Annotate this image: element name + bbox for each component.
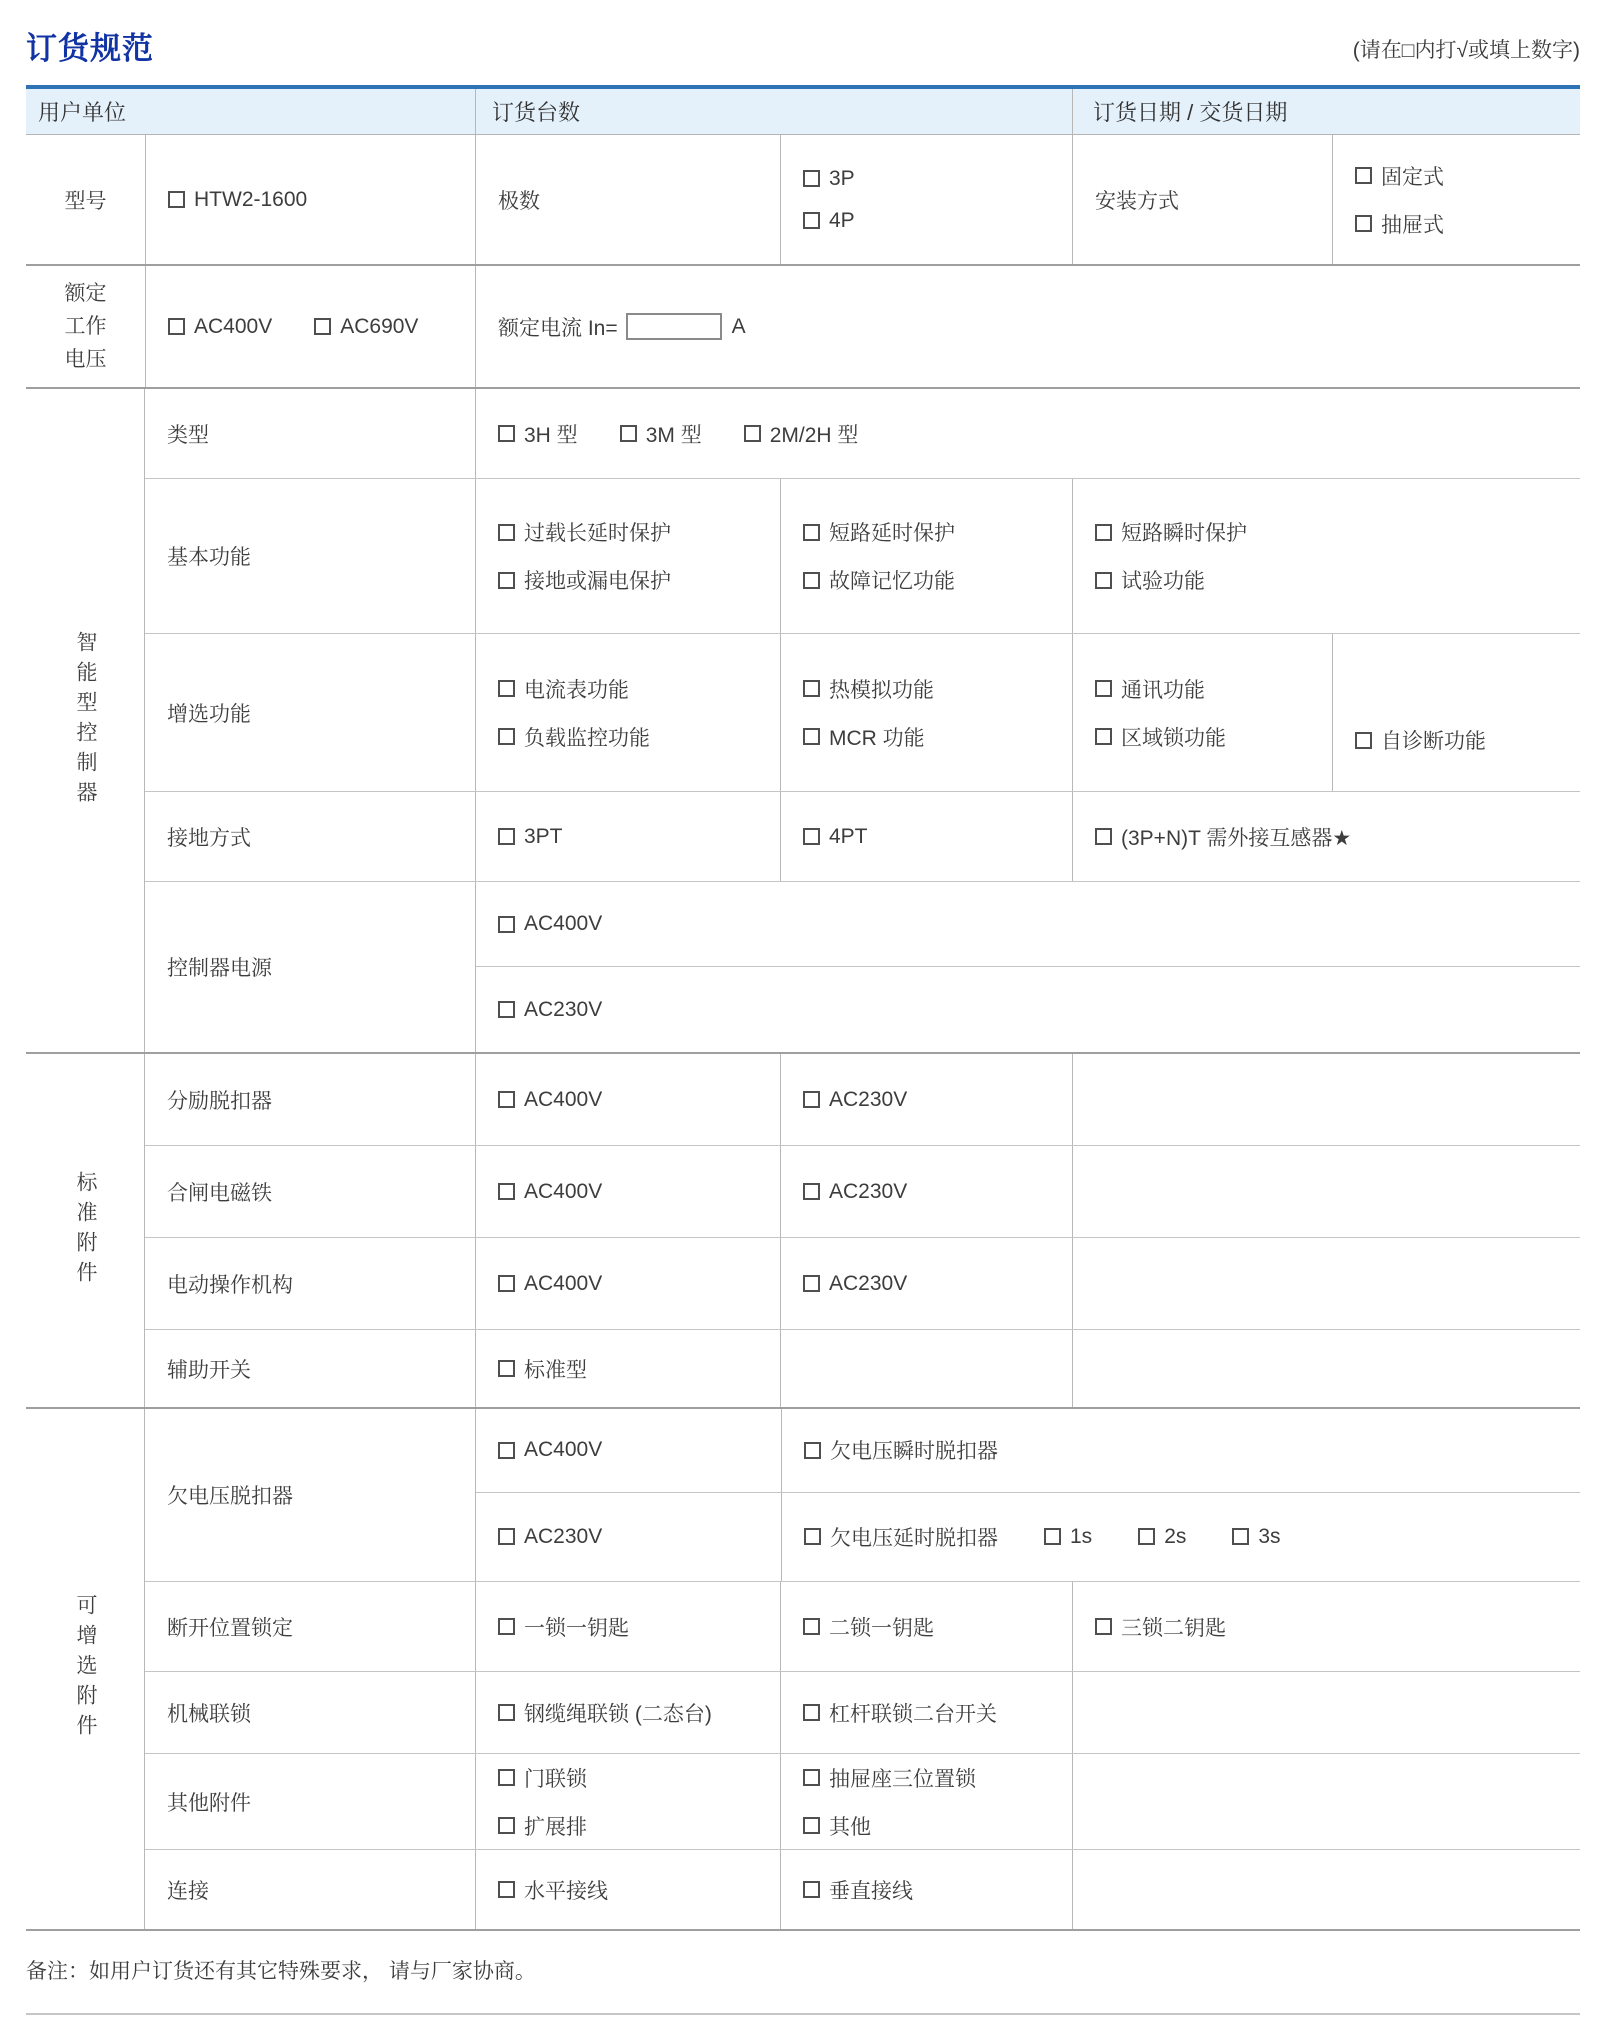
- table-header-row: 用户单位 订货台数 订货日期 / 交货日期: [26, 89, 1580, 135]
- option-overload-longdelay[interactable]: 过载长延时保护: [498, 517, 780, 547]
- checkbox[interactable]: [804, 1442, 821, 1459]
- option-cable-interlock[interactable]: 钢缆绳联锁 (二态台): [498, 1698, 780, 1728]
- option-label: 4P: [829, 209, 855, 233]
- lock-label: 断开位置锁定: [167, 1612, 475, 1642]
- grounding-label: 接地方式: [167, 822, 475, 852]
- model-label: 型号: [65, 185, 107, 215]
- cell-connection-col1: 水平接线: [475, 1850, 780, 1929]
- option-label: AC230V: [829, 1272, 907, 1296]
- option-label: 3M 型: [646, 419, 702, 449]
- cell-type-options: 3H 型 3M 型 2M/2H 型: [475, 389, 1580, 478]
- row-label: 辅助开关: [167, 1354, 475, 1384]
- option-label: 2s: [1164, 1525, 1186, 1549]
- cell-optional-col3: 通讯功能 区域锁功能: [1072, 634, 1332, 791]
- power-subrow-ac230v: AC230V: [476, 967, 1580, 1052]
- cell-interlock-col1: 钢缆绳联锁 (二态台): [475, 1672, 780, 1753]
- cell-basic-col1: 过载长延时保护 接地或漏电保护: [475, 479, 780, 633]
- option-label: 自诊断功能: [1381, 725, 1486, 755]
- option-communication[interactable]: 通讯功能: [1095, 674, 1332, 704]
- rated-current-input[interactable]: [626, 313, 722, 340]
- cell-opt-ac230v: AC230V: [780, 1238, 1072, 1329]
- row-controller-type: 类型 3H 型 3M 型: [145, 389, 1580, 479]
- checkbox[interactable]: [498, 680, 515, 697]
- cell-other-col2: 抽屉座三位置锁 其他: [780, 1754, 1072, 1849]
- cell-empty: [1072, 1146, 1580, 1237]
- cell-power-ac230v: AC230V: [476, 967, 1580, 1052]
- checkbox[interactable]: [498, 1091, 515, 1108]
- option-uv-ac230v[interactable]: AC230V: [498, 1525, 781, 1549]
- option-label: 其他: [829, 1811, 871, 1841]
- checkbox[interactable]: [804, 1528, 821, 1545]
- cell-uv-delay: 欠电压延时脱扣器 1s 2s: [781, 1493, 1580, 1581]
- cell-empty: [1072, 1850, 1580, 1929]
- option-label: AC400V: [524, 1272, 602, 1296]
- row-other-accessories: 其他附件 门联锁 扩展排: [145, 1754, 1580, 1850]
- option-ac690v[interactable]: AC690V: [314, 315, 418, 339]
- option-uv-ac400v[interactable]: AC400V: [498, 1438, 781, 1462]
- cell-uv-ac230v: AC230V: [476, 1493, 781, 1581]
- poles-label: 极数: [498, 185, 780, 215]
- cell-uv-label: 欠电压脱扣器: [145, 1409, 475, 1581]
- option-ac400v[interactable]: AC400V: [498, 1088, 780, 1112]
- option-label: 负载监控功能: [524, 722, 650, 752]
- power-label: 控制器电源: [167, 952, 475, 982]
- option-label: 抽屉座三位置锁: [829, 1763, 976, 1793]
- checkbox[interactable]: [803, 1769, 820, 1786]
- type-label: 类型: [167, 419, 475, 449]
- cell-type-label: 类型: [145, 389, 475, 478]
- option-delay-1s[interactable]: 1s: [1044, 1525, 1092, 1549]
- option-lever-interlock[interactable]: 杠杆联锁二台开关: [803, 1698, 1072, 1728]
- uv-label: 欠电压脱扣器: [167, 1480, 475, 1510]
- option-uv-instant[interactable]: 欠电压瞬时脱扣器: [804, 1435, 1580, 1465]
- option-label: 垂直接线: [829, 1875, 913, 1905]
- uv-delay-options: 欠电压延时脱扣器 1s 2s: [804, 1522, 1580, 1552]
- cell-optional-col4: 自诊断功能: [1332, 634, 1580, 791]
- cell-grounding-col1: 3PT: [475, 792, 780, 881]
- option-label: AC690V: [340, 315, 418, 339]
- section-controller-label-cell: 智能型控制器: [26, 389, 145, 1052]
- option-4p[interactable]: 4P: [803, 209, 1072, 233]
- option-label: 水平接线: [524, 1875, 608, 1905]
- checkbox[interactable]: [1095, 680, 1112, 697]
- option-horizontal-wiring[interactable]: 水平接线: [498, 1875, 780, 1905]
- checkbox[interactable]: [803, 1618, 820, 1635]
- option-label: 3PT: [524, 825, 563, 849]
- option-label: 3s: [1258, 1525, 1280, 1549]
- cell-poles-options: 3P 4P: [780, 135, 1072, 264]
- row-grounding: 接地方式 3PT 4PT: [145, 792, 1580, 882]
- option-ac230v[interactable]: AC230V: [803, 1272, 1072, 1296]
- header-dates: 订货日期 / 交货日期: [1072, 89, 1580, 134]
- row-controller-power: 控制器电源 AC400V: [145, 882, 1580, 1052]
- cell-uv-instant: 欠电压瞬时脱扣器: [781, 1409, 1580, 1492]
- section-standard-accessories: 标准附件 分励脱扣器 AC400V: [26, 1054, 1580, 1409]
- option-door-interlock[interactable]: 门联锁: [498, 1763, 780, 1793]
- cell-connection-label: 连接: [145, 1850, 475, 1929]
- option-label: 过载长延时保护: [524, 517, 671, 547]
- option-three-locks-two-keys[interactable]: 三锁二钥匙: [1095, 1612, 1580, 1642]
- cell-basic-col3: 短路瞬时保护 试验功能: [1072, 479, 1580, 633]
- row-optional-functions: 增选功能 电流表功能 负载监控功能: [145, 634, 1580, 792]
- option-power-ac400v[interactable]: AC400V: [498, 912, 1580, 936]
- option-label: 短路延时保护: [829, 517, 955, 547]
- option-label: 钢缆绳联锁 (二态台): [524, 1698, 712, 1728]
- cell-other-label: 其他附件: [145, 1754, 475, 1849]
- option-label: 接地或漏电保护: [524, 565, 671, 595]
- checkbox[interactable]: [803, 212, 820, 229]
- option-one-lock-one-key[interactable]: 一锁一钥匙: [498, 1612, 780, 1642]
- cell-row-label: 电动操作机构: [145, 1238, 475, 1329]
- option-label: 热模拟功能: [829, 674, 934, 704]
- checkbox[interactable]: [498, 1704, 515, 1721]
- checkbox[interactable]: [803, 1704, 820, 1721]
- checkbox[interactable]: [1095, 572, 1112, 589]
- option-label: (3P+N)T 需外接互感器★: [1121, 822, 1351, 852]
- option-fault-memory[interactable]: 故障记忆功能: [803, 565, 1072, 595]
- checkbox[interactable]: [1044, 1528, 1061, 1545]
- cell-opt-standard-type: 标准型: [475, 1330, 780, 1407]
- checkbox[interactable]: [1095, 1618, 1112, 1635]
- checkbox[interactable]: [498, 1442, 515, 1459]
- cell-opt-ac230v: AC230V: [780, 1146, 1072, 1237]
- option-3pnt[interactable]: (3P+N)T 需外接互感器★: [1095, 822, 1580, 852]
- checkbox[interactable]: [498, 728, 515, 745]
- section-label: 智能型控制器: [70, 631, 100, 811]
- row-basic-functions: 基本功能 过载长延时保护 接地或漏电保护: [145, 479, 1580, 634]
- option-ac400v[interactable]: AC400V: [168, 315, 272, 339]
- cell-lock-label: 断开位置锁定: [145, 1582, 475, 1671]
- connection-label: 连接: [167, 1875, 475, 1905]
- option-label: 通讯功能: [1121, 674, 1205, 704]
- uv-subrows: AC400V 欠电压瞬时脱扣器: [475, 1409, 1580, 1581]
- rated-current-prefix: 额定电流 In=: [498, 312, 618, 342]
- cell-mount-label: 安装方式: [1072, 135, 1332, 264]
- option-label: AC400V: [524, 912, 602, 936]
- option-label: AC230V: [829, 1180, 907, 1204]
- cell-voltage-label: 额定工作电压: [26, 266, 145, 387]
- section-optional-label-cell: 可增选附件: [26, 1409, 145, 1929]
- header-order-qty: 订货台数: [475, 89, 1072, 134]
- option-power-ac230v[interactable]: AC230V: [498, 998, 1580, 1022]
- checkbox[interactable]: [498, 1769, 515, 1786]
- cell-basic-col2: 短路延时保护 故障记忆功能: [780, 479, 1072, 633]
- option-label: HTW2-1600: [194, 188, 307, 212]
- checkbox[interactable]: [803, 572, 820, 589]
- option-label: MCR 功能: [829, 722, 925, 752]
- option-label: 门联锁: [524, 1763, 587, 1793]
- cell-row-label: 合闸电磁铁: [145, 1146, 475, 1237]
- checkbox[interactable]: [498, 1528, 515, 1545]
- page-title: 订货规范: [26, 23, 154, 68]
- option-label: 标准型: [524, 1354, 587, 1384]
- cell-optional-label: 增选功能: [145, 634, 475, 791]
- option-uv-delay[interactable]: 欠电压延时脱扣器: [804, 1522, 998, 1552]
- checkbox[interactable]: [498, 916, 515, 933]
- mount-label: 安装方式: [1095, 185, 1332, 215]
- power-subrows: AC400V AC230V: [475, 882, 1580, 1052]
- option-delay-2s[interactable]: 2s: [1138, 1525, 1186, 1549]
- header-user-unit: 用户单位: [26, 89, 475, 134]
- checkbox[interactable]: [803, 170, 820, 187]
- checkbox[interactable]: [803, 1817, 820, 1834]
- cell-interlock-col2: 杠杆联锁二台开关: [780, 1672, 1072, 1753]
- option-drawer-three-position-lock[interactable]: 抽屉座三位置锁: [803, 1763, 1072, 1793]
- footer-note: 备注：如用户订货还有其它特殊要求， 请与厂家协商。: [26, 1955, 1580, 1985]
- cell-lock-col2: 二锁一钥匙: [780, 1582, 1072, 1671]
- row-open-position-lock: 断开位置锁定 一锁一钥匙 二锁一钥匙: [145, 1582, 1580, 1672]
- checkbox[interactable]: [1355, 215, 1372, 232]
- option-label: 电流表功能: [524, 674, 629, 704]
- option-shortcircuit-instant[interactable]: 短路瞬时保护: [1095, 517, 1580, 547]
- checkbox[interactable]: [1095, 828, 1112, 845]
- order-form-table: 用户单位 订货台数 订货日期 / 交货日期 型号 HTW2-1600 极数: [26, 85, 1580, 1931]
- section-standard-label-cell: 标准附件: [26, 1054, 145, 1407]
- cell-other-col1: 门联锁 扩展排: [475, 1754, 780, 1849]
- cell-voltage-options: AC400V AC690V: [145, 266, 475, 387]
- row-motor-operator: 电动操作机构 AC400V AC230V: [145, 1238, 1580, 1330]
- row-auxiliary-switch: 辅助开关 标准型: [145, 1330, 1580, 1407]
- cell-uv-ac400v: AC400V: [476, 1409, 781, 1492]
- checkbox[interactable]: [1138, 1528, 1155, 1545]
- checkbox[interactable]: [168, 191, 185, 208]
- checkbox[interactable]: [498, 572, 515, 589]
- cell-grounding-col3: (3P+N)T 需外接互感器★: [1072, 792, 1580, 881]
- checkbox[interactable]: [498, 1183, 515, 1200]
- option-3p[interactable]: 3P: [803, 167, 1072, 191]
- checkbox[interactable]: [803, 728, 820, 745]
- option-htw2-1600[interactable]: HTW2-1600: [168, 188, 475, 212]
- checkbox[interactable]: [803, 1881, 820, 1898]
- cell-model-option: HTW2-1600: [145, 135, 475, 264]
- checkbox[interactable]: [168, 318, 185, 335]
- checkbox[interactable]: [803, 828, 820, 845]
- row-model: 型号 HTW2-1600 极数 3P 4P: [26, 135, 1580, 266]
- option-label: 故障记忆功能: [829, 565, 955, 595]
- option-label: 3P: [829, 167, 855, 191]
- uv-subrow-1: AC400V 欠电压瞬时脱扣器: [476, 1409, 1580, 1493]
- cell-optional-col2: 热模拟功能 MCR 功能: [780, 634, 1072, 791]
- option-label: 抽屉式: [1381, 209, 1444, 239]
- section-label: 可增选附件: [70, 1594, 100, 1744]
- row-shunt-release: 分励脱扣器 AC400V AC230V: [145, 1054, 1580, 1146]
- option-label: 欠电压延时脱扣器: [830, 1522, 998, 1552]
- voltage-label: 额定工作电压: [63, 277, 109, 376]
- option-other[interactable]: 其他: [803, 1811, 1072, 1841]
- cell-power-ac400v: AC400V: [476, 882, 1580, 966]
- cell-row-label: 分励脱扣器: [145, 1054, 475, 1145]
- section-optional-body: 欠电压脱扣器 AC400V: [145, 1409, 1580, 1929]
- checkbox[interactable]: [498, 1618, 515, 1635]
- option-label: 杠杆联锁二台开关: [829, 1698, 997, 1728]
- rated-current-suffix: A: [732, 315, 746, 339]
- cell-empty: [780, 1330, 1072, 1407]
- cell-grounding-col2: 4PT: [780, 792, 1072, 881]
- cell-empty: [1072, 1054, 1580, 1145]
- checkbox[interactable]: [803, 524, 820, 541]
- option-zone-lock[interactable]: 区域锁功能: [1095, 722, 1332, 752]
- row-label: 合闸电磁铁: [167, 1177, 475, 1207]
- option-delay-3s[interactable]: 3s: [1232, 1525, 1280, 1549]
- cell-rated-current: 额定电流 In= A: [475, 266, 1580, 387]
- checkbox[interactable]: [498, 1881, 515, 1898]
- option-label: 扩展排: [524, 1811, 587, 1841]
- rated-current-line: 额定电流 In= A: [498, 312, 1580, 342]
- cell-row-label: 辅助开关: [145, 1330, 475, 1407]
- cell-connection-col2: 垂直接线: [780, 1850, 1072, 1929]
- order-spec-page: 订货规范 (请在□内打√或填上数字) 用户单位 订货台数 订货日期 / 交货日期…: [0, 0, 1600, 2036]
- option-label: AC230V: [524, 1525, 602, 1549]
- option-3h-type[interactable]: 3H 型: [498, 419, 578, 449]
- cell-empty: [1072, 1754, 1580, 1849]
- row-mechanical-interlock: 机械联锁 钢缆绳联锁 (二态台) 杠杆联锁二台开关: [145, 1672, 1580, 1754]
- row-undervoltage-release: 欠电压脱扣器 AC400V: [145, 1409, 1580, 1582]
- checkbox[interactable]: [498, 524, 515, 541]
- basic-label: 基本功能: [167, 541, 475, 571]
- checkbox[interactable]: [803, 1091, 820, 1108]
- cell-opt-ac400v: AC400V: [475, 1054, 780, 1145]
- option-label: 区域锁功能: [1121, 722, 1226, 752]
- uv-subrow-2: AC230V 欠电压延时脱扣器: [476, 1493, 1580, 1581]
- section-controller: 智能型控制器 类型 3H 型: [26, 389, 1580, 1054]
- checkbox[interactable]: [1355, 167, 1372, 184]
- checkbox[interactable]: [498, 828, 515, 845]
- checkbox[interactable]: [1232, 1528, 1249, 1545]
- option-label: AC400V: [524, 1180, 602, 1204]
- option-label: 1s: [1070, 1525, 1092, 1549]
- option-label: 试验功能: [1121, 565, 1205, 595]
- bottom-divider: [26, 2013, 1580, 2015]
- option-extension-bar[interactable]: 扩展排: [498, 1811, 780, 1841]
- checkbox[interactable]: [803, 680, 820, 697]
- option-vertical-wiring[interactable]: 垂直接线: [803, 1875, 1072, 1905]
- option-thermal-sim[interactable]: 热模拟功能: [803, 674, 1072, 704]
- section-label: 标准附件: [70, 1171, 100, 1291]
- option-label: 固定式: [1381, 161, 1444, 191]
- option-ac400v[interactable]: AC400V: [498, 1180, 780, 1204]
- optional-label: 增选功能: [167, 698, 475, 728]
- checkbox[interactable]: [1095, 524, 1112, 541]
- checkbox[interactable]: [803, 1275, 820, 1292]
- option-ac230v[interactable]: AC230V: [803, 1088, 1072, 1112]
- cell-mount-options: 固定式 抽屉式: [1332, 135, 1580, 264]
- section-optional-accessories: 可增选附件 欠电压脱扣器 AC400V: [26, 1409, 1580, 1929]
- option-two-locks-one-key[interactable]: 二锁一钥匙: [803, 1612, 1072, 1642]
- cell-opt-ac230v: AC230V: [780, 1054, 1072, 1145]
- cell-empty: [1072, 1238, 1580, 1329]
- checkbox[interactable]: [1095, 728, 1112, 745]
- row-rated-voltage: 额定工作电压 AC400V AC690V 额定电流 In=: [26, 266, 1580, 389]
- option-label: AC400V: [524, 1438, 602, 1462]
- cell-basic-label: 基本功能: [145, 479, 475, 633]
- option-3m-type[interactable]: 3M 型: [620, 419, 702, 449]
- option-4pt[interactable]: 4PT: [803, 825, 1072, 849]
- option-ammeter[interactable]: 电流表功能: [498, 674, 780, 704]
- fill-instruction: (请在□内打√或填上数字): [1353, 34, 1580, 68]
- option-label: AC400V: [524, 1088, 602, 1112]
- cell-empty: [1072, 1330, 1580, 1407]
- checkbox[interactable]: [498, 1275, 515, 1292]
- option-self-diagnosis[interactable]: 自诊断功能: [1355, 725, 1580, 755]
- cell-opt-ac400v: AC400V: [475, 1146, 780, 1237]
- row-label: 分励脱扣器: [167, 1085, 475, 1115]
- option-label: AC400V: [194, 315, 272, 339]
- option-standard-type[interactable]: 标准型: [498, 1354, 780, 1384]
- cell-model-label: 型号: [26, 135, 145, 264]
- other-label: 其他附件: [167, 1787, 475, 1817]
- section-standard-body: 分励脱扣器 AC400V AC230V: [145, 1054, 1580, 1407]
- option-mcr[interactable]: MCR 功能: [803, 722, 1072, 752]
- option-label: 4PT: [829, 825, 868, 849]
- cell-lock-col1: 一锁一钥匙: [475, 1582, 780, 1671]
- option-2m2h-type[interactable]: 2M/2H 型: [744, 419, 859, 449]
- checkbox[interactable]: [498, 1360, 515, 1377]
- row-closing-electromagnet: 合闸电磁铁 AC400V AC230V: [145, 1146, 1580, 1238]
- row-connection: 连接 水平接线 垂直接线: [145, 1850, 1580, 1929]
- type-options: 3H 型 3M 型 2M/2H 型: [498, 419, 1580, 449]
- cell-opt-ac400v: AC400V: [475, 1238, 780, 1329]
- option-shortcircuit-delay[interactable]: 短路延时保护: [803, 517, 1072, 547]
- option-label: 三锁二钥匙: [1121, 1612, 1226, 1642]
- option-label: 一锁一钥匙: [524, 1612, 629, 1642]
- option-ground-leakage[interactable]: 接地或漏电保护: [498, 565, 780, 595]
- option-ac230v[interactable]: AC230V: [803, 1180, 1072, 1204]
- option-label: AC230V: [524, 998, 602, 1022]
- cell-lock-col3: 三锁二钥匙: [1072, 1582, 1580, 1671]
- option-label: 二锁一钥匙: [829, 1612, 934, 1642]
- option-label: 2M/2H 型: [770, 419, 859, 449]
- option-label: AC230V: [829, 1088, 907, 1112]
- cell-interlock-label: 机械联锁: [145, 1672, 475, 1753]
- interlock-label: 机械联锁: [167, 1698, 475, 1728]
- option-fixed-type[interactable]: 固定式: [1355, 161, 1580, 191]
- cell-optional-col1: 电流表功能 负载监控功能: [475, 634, 780, 791]
- cell-empty: [1072, 1672, 1580, 1753]
- option-label: 欠电压瞬时脱扣器: [830, 1435, 998, 1465]
- power-subrow-ac400v: AC400V: [476, 882, 1580, 967]
- option-ac400v[interactable]: AC400V: [498, 1272, 780, 1296]
- cell-poles-label: 极数: [475, 135, 780, 264]
- checkbox[interactable]: [498, 1001, 515, 1018]
- option-test-function[interactable]: 试验功能: [1095, 565, 1580, 595]
- checkbox[interactable]: [498, 425, 515, 442]
- checkbox[interactable]: [314, 318, 331, 335]
- option-3pt[interactable]: 3PT: [498, 825, 780, 849]
- row-label: 电动操作机构: [167, 1269, 475, 1299]
- voltage-options: AC400V AC690V: [168, 315, 475, 339]
- option-label: 3H 型: [524, 419, 578, 449]
- checkbox[interactable]: [498, 1817, 515, 1834]
- option-drawer-type[interactable]: 抽屉式: [1355, 209, 1580, 239]
- checkbox[interactable]: [803, 1183, 820, 1200]
- cell-power-label: 控制器电源: [145, 882, 475, 1052]
- cell-grounding-label: 接地方式: [145, 792, 475, 881]
- page-header: 订货规范 (请在□内打√或填上数字): [26, 0, 1580, 68]
- option-load-monitor[interactable]: 负载监控功能: [498, 722, 780, 752]
- option-label: 短路瞬时保护: [1121, 517, 1247, 547]
- section-controller-body: 类型 3H 型 3M 型: [145, 389, 1580, 1052]
- checkbox[interactable]: [744, 425, 761, 442]
- checkbox[interactable]: [1355, 732, 1372, 749]
- checkbox[interactable]: [620, 425, 637, 442]
